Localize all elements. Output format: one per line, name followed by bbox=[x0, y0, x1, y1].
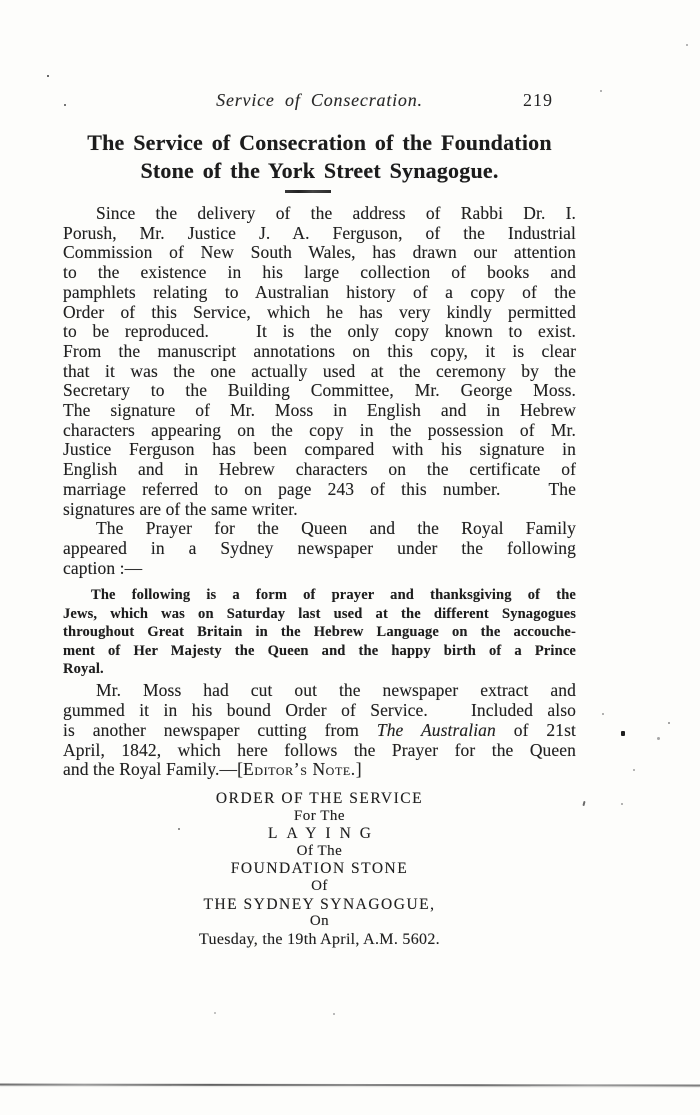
text-line: and the Royal Family.—[Editor’s Note.] bbox=[63, 760, 576, 780]
text-line: to be reproduced. It is the only copy kn… bbox=[63, 322, 576, 342]
running-header: Service of Consecration. 219 bbox=[63, 90, 576, 111]
text-line: Porush, Mr. Justice J. A. Ferguson, of t… bbox=[63, 224, 576, 244]
order-block-line: ORDER OF THE SERVICE bbox=[63, 790, 576, 808]
text-line: signatures are of the same writer. bbox=[63, 500, 576, 520]
text-line: Royal. bbox=[63, 660, 576, 678]
text-line: The following is a form of prayer and th… bbox=[63, 586, 576, 604]
text-line: April, 1842, which here follows the Pray… bbox=[63, 741, 576, 761]
scan-speck bbox=[47, 75, 49, 77]
order-block-line: THE SYDNEY SYNAGOGUE, bbox=[63, 896, 576, 914]
paragraph-intro: Since the delivery of the address of Rab… bbox=[63, 204, 576, 519]
text-line: English and in Hebrew characters on the … bbox=[63, 460, 576, 480]
page-scan-edge-line bbox=[0, 1084, 700, 1087]
text-line: characters appearing on the copy in the … bbox=[63, 421, 576, 441]
text-line: to the existence in his large collection… bbox=[63, 263, 576, 283]
scan-speck bbox=[600, 90, 602, 92]
scan-speck bbox=[214, 1012, 216, 1014]
scan-speck bbox=[657, 737, 660, 740]
text-line: caption :— bbox=[63, 559, 576, 579]
paragraph-editors-note: Mr. Moss had cut out the newspaper extra… bbox=[63, 681, 576, 780]
text-line: gummed it in his bound Order of Service.… bbox=[63, 701, 576, 721]
scanned-page: Service of Consecration. 219 The Service… bbox=[0, 0, 700, 1115]
order-block-line: For The bbox=[63, 808, 576, 826]
text-line: Commission of New South Wales, has drawn… bbox=[63, 243, 576, 263]
text-line: marriage referred to on page 243 of this… bbox=[63, 480, 576, 500]
text-line: Mr. Moss had cut out the newspaper extra… bbox=[63, 681, 576, 701]
text-line: Justice Ferguson has been compared with … bbox=[63, 440, 576, 460]
text-line: Jews, which was on Saturday last used at… bbox=[63, 605, 576, 623]
text-line: pamphlets relating to Australian history… bbox=[63, 283, 576, 303]
text-line: Order of this Service, which he has very… bbox=[63, 303, 576, 323]
order-block-line: Of The bbox=[63, 843, 576, 861]
running-head-title: Service of Consecration. bbox=[216, 90, 423, 110]
order-block-line: LAYING bbox=[63, 825, 576, 843]
scan-speck bbox=[178, 828, 180, 830]
scan-speck bbox=[333, 1013, 335, 1015]
paragraph-newspaper-caption: The following is a form of prayer and th… bbox=[63, 586, 576, 678]
scan-speck bbox=[621, 803, 623, 805]
text-line: that it was the one actually used at the… bbox=[63, 362, 576, 382]
text-line: is another newspaper cutting from The Au… bbox=[63, 721, 576, 741]
order-of-service-block: ORDER OF THE SERVICEFor TheLAYINGOf TheF… bbox=[63, 790, 576, 948]
text-line: Secretary to the Building Committee, Mr.… bbox=[63, 381, 576, 401]
article-title: The Service of Consecration of the Found… bbox=[60, 129, 579, 185]
scan-speck bbox=[668, 722, 670, 724]
scan-speck bbox=[633, 769, 635, 771]
scan-speck bbox=[582, 801, 585, 806]
order-block-line: On bbox=[63, 913, 576, 931]
order-block-line: Tuesday, the 19th April, A.M. 5602. bbox=[63, 931, 576, 949]
article-body: Since the delivery of the address of Rab… bbox=[63, 204, 576, 780]
article-title-line: Stone of the York Street Synagogue. bbox=[60, 157, 579, 185]
text-line: appeared in a Sydney newspaper under the… bbox=[63, 539, 576, 559]
text-line: The Prayer for the Queen and the Royal F… bbox=[63, 519, 576, 539]
scan-speck bbox=[602, 713, 604, 715]
text-line: Since the delivery of the address of Rab… bbox=[63, 204, 576, 224]
scan-speck bbox=[621, 731, 625, 736]
scan-speck bbox=[64, 104, 66, 106]
article-title-line: The Service of Consecration of the Found… bbox=[60, 129, 579, 157]
page-number: 219 bbox=[523, 90, 553, 111]
text-line: From the manuscript annotations on this … bbox=[63, 342, 576, 362]
order-block-line: Of bbox=[63, 878, 576, 896]
order-block-line: FOUNDATION STONE bbox=[63, 860, 576, 878]
text-line: The signature of Mr. Moss in English and… bbox=[63, 401, 576, 421]
text-line: throughout Great Britain in the Hebrew L… bbox=[63, 623, 576, 641]
text-line: ment of Her Majesty the Queen and the ha… bbox=[63, 642, 576, 660]
title-divider-rule bbox=[285, 190, 331, 193]
paragraph-prayer-intro: The Prayer for the Queen and the Royal F… bbox=[63, 519, 576, 578]
scan-speck bbox=[686, 44, 688, 46]
